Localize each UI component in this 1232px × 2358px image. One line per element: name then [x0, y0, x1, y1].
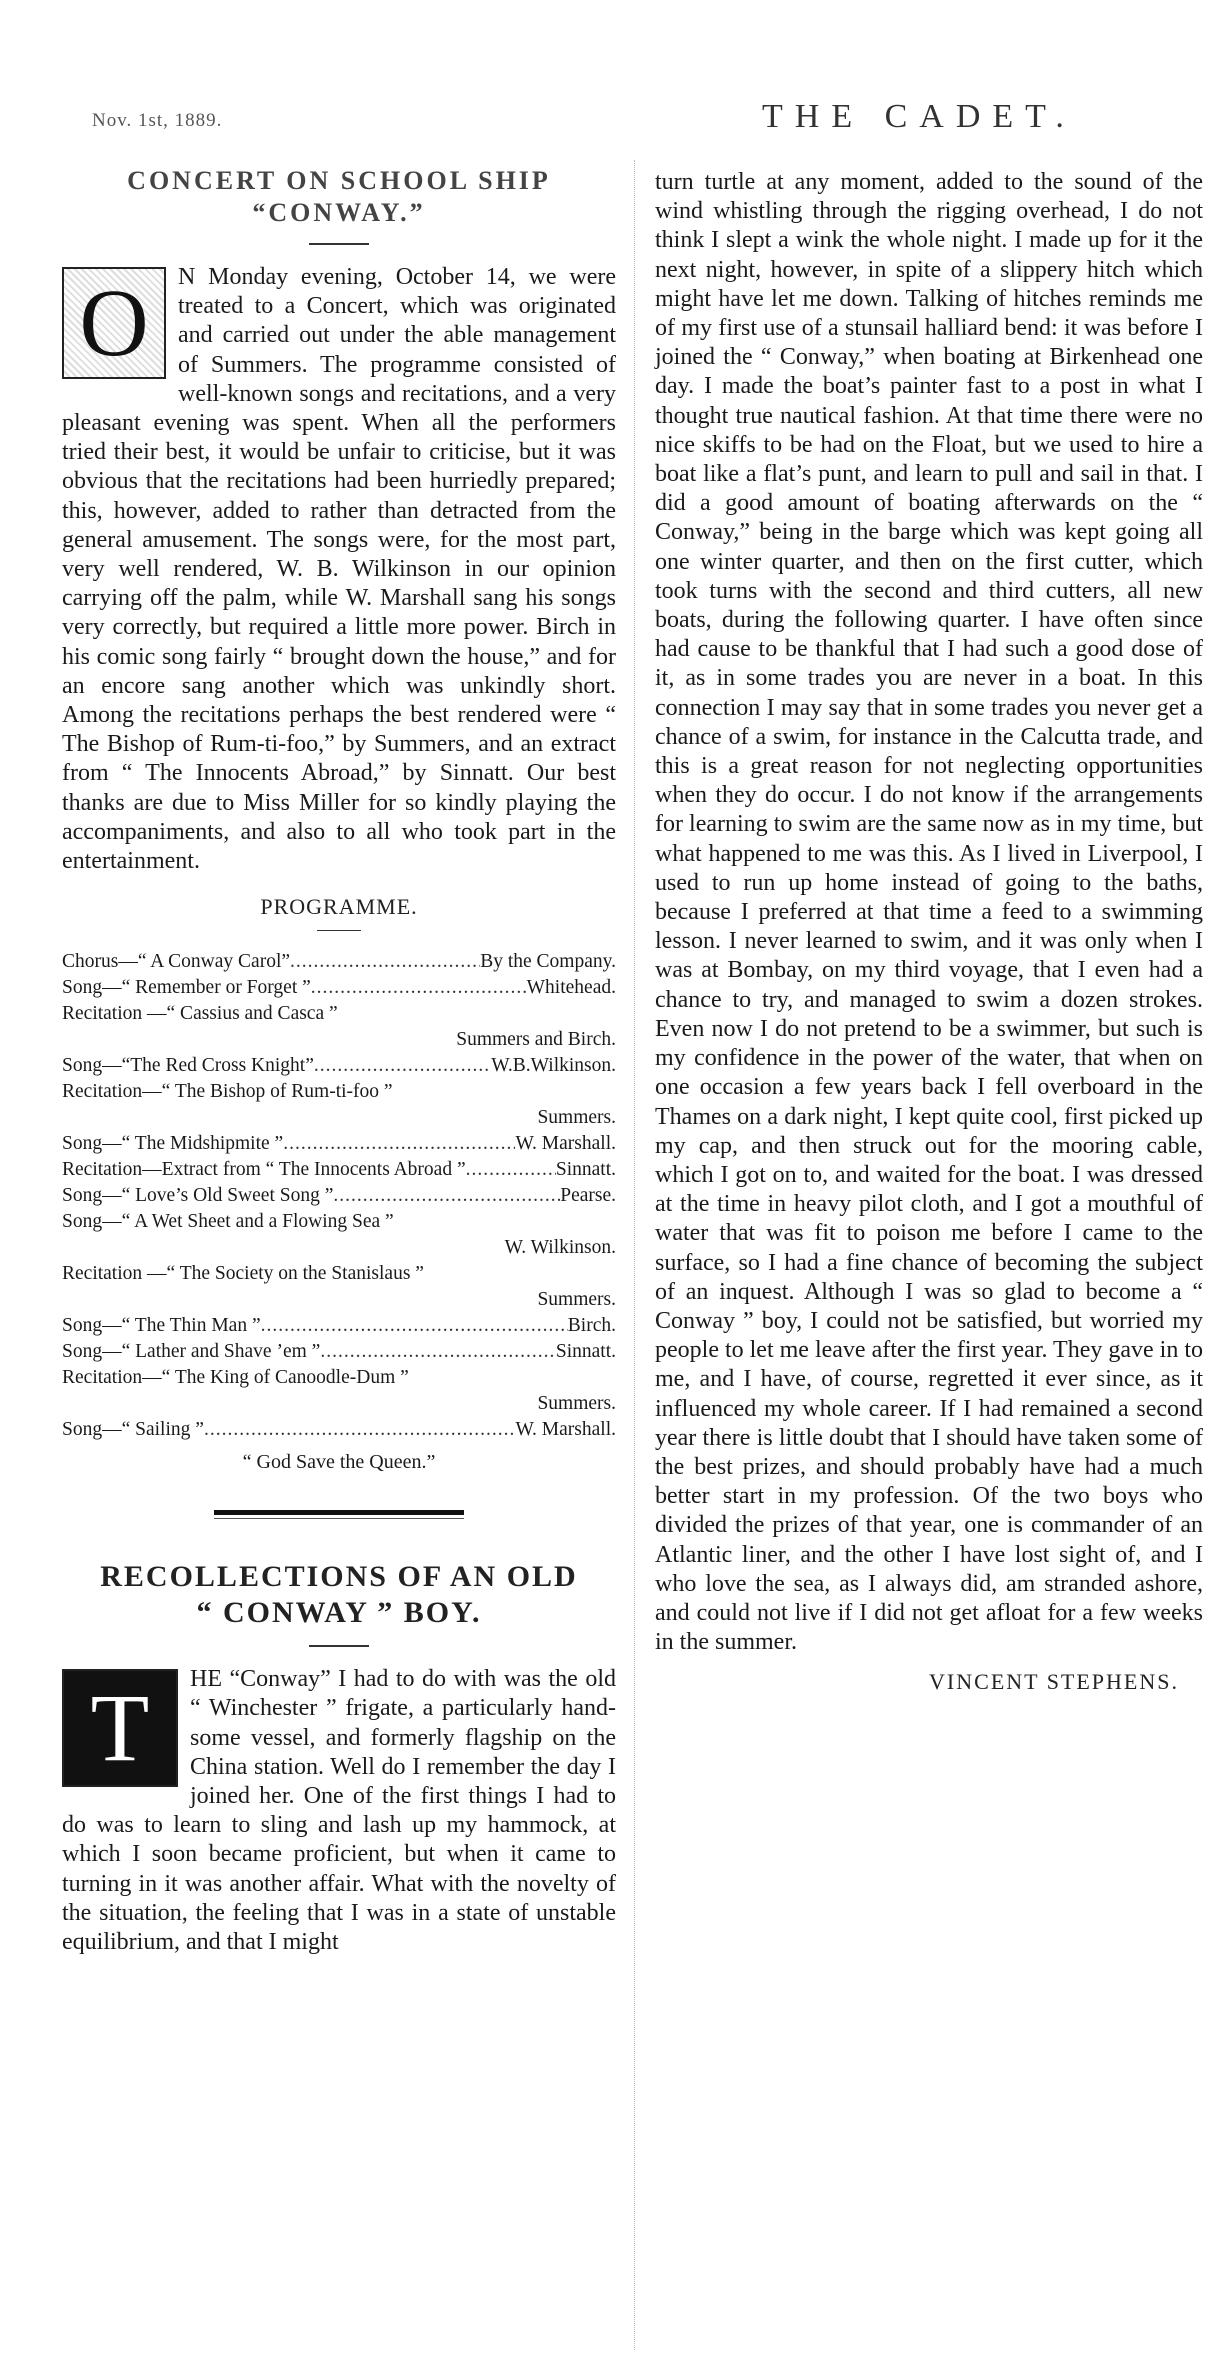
- programme-item-kind: Song—: [62, 1131, 122, 1157]
- headline-rule: [309, 1645, 369, 1647]
- programme-item-kind: Recitation —: [62, 1001, 167, 1027]
- concert-article: CONCERT ON SCHOOL SHIP “CONWAY.” O N Mon…: [62, 165, 616, 876]
- concert-headline-line2: “CONWAY.”: [252, 198, 425, 227]
- programme-item: Recitation —“ The Society on the Stanisl…: [62, 1261, 616, 1313]
- programme-item-kind: Recitation—: [62, 1365, 162, 1391]
- programme-item: Song—“ Sailing ”W. Marshall.: [62, 1417, 616, 1443]
- concert-headline: CONCERT ON SCHOOL SHIP “CONWAY.”: [62, 165, 616, 229]
- ornate-dropcap-o: O: [62, 267, 166, 379]
- programme-item-performer: Summers and Birch.: [62, 1027, 616, 1053]
- programme-closing: “ God Save the Queen.”: [62, 1451, 616, 1474]
- programme-rule: [317, 930, 361, 931]
- programme-item-kind: Chorus—: [62, 949, 138, 975]
- programme-item-kind: Song—: [62, 975, 122, 1001]
- programme-item-piece: “ The Thin Man ”: [122, 1313, 261, 1339]
- programme-item-kind: Song—: [62, 1417, 122, 1443]
- programme-item-piece: “The Red Cross Knight”: [122, 1053, 314, 1079]
- programme-item-performer: Birch.: [568, 1313, 616, 1339]
- section-separator: [214, 1510, 464, 1519]
- programme-item: Song—“ The Thin Man ”Birch.: [62, 1313, 616, 1339]
- concert-headline-line1: CONCERT ON SCHOOL SHIP: [127, 166, 551, 195]
- recollections-headline: RECOLLECTIONS OF AN OLD “ CONWAY ” BOY.: [62, 1559, 616, 1631]
- recollections-headline-line1: RECOLLECTIONS OF AN OLD: [100, 1560, 577, 1593]
- programme-item-performer: By the Company.: [480, 949, 616, 975]
- programme-item-piece: “ Sailing ”: [122, 1417, 204, 1443]
- programme-item-kind: Song—: [62, 1339, 122, 1365]
- programme-item: Recitation—“ The King of Canoodle-Dum ”S…: [62, 1365, 616, 1417]
- programme-item-performer: Sinnatt.: [556, 1157, 616, 1183]
- programme-item-kind: Recitation —: [62, 1261, 167, 1287]
- issue-date: Nov. 1st, 1889.: [92, 110, 222, 132]
- programme-item-piece: “ The Society on the Stanislaus ”: [167, 1261, 424, 1287]
- recollections-headline-line2: “ CONWAY ” BOY.: [196, 1596, 481, 1629]
- programme-list: Chorus—“ A Conway Carol” By the Company.…: [62, 949, 616, 1443]
- programme-item-performer: Sinnatt.: [556, 1339, 616, 1365]
- programme-item: Song—“The Red Cross Knight”W.B.Wilkinson…: [62, 1053, 616, 1079]
- programme-item: Song—“ A Wet Sheet and a Flowing Sea ”W.…: [62, 1209, 616, 1261]
- programme-item: Song—“ Lather and Shave ’em ”Sinnatt.: [62, 1339, 616, 1365]
- left-column: CONCERT ON SCHOOL SHIP “CONWAY.” O N Mon…: [62, 165, 616, 1957]
- dot-leader: [290, 949, 480, 975]
- dot-leader: [311, 975, 527, 1001]
- programme-item-piece: “ Love’s Old Sweet Song ”: [122, 1183, 334, 1209]
- programme-item-kind: Song—: [62, 1183, 122, 1209]
- dot-leader: [333, 1183, 560, 1209]
- programme-item-performer: W. Marshall.: [515, 1131, 616, 1157]
- programme-item-performer: W. Wilkinson.: [62, 1235, 616, 1261]
- programme-item-piece: “ A Wet Sheet and a Flowing Sea ”: [122, 1209, 394, 1235]
- dot-leader: [320, 1339, 556, 1365]
- ornate-dropcap-t: T: [62, 1669, 178, 1787]
- right-column: turn turtle at any moment, added to the …: [655, 168, 1203, 1695]
- dropcap-letter: T: [91, 1680, 150, 1776]
- recollections-paragraph-right: turn turtle at any moment, added to the …: [655, 168, 1203, 1657]
- column-divider: [634, 160, 635, 2350]
- programme-item-performer: Whitehead.: [527, 975, 616, 1001]
- programme-item: Recitation —“ Cassius and Casca ”Summers…: [62, 1001, 616, 1053]
- dot-leader: [204, 1417, 516, 1443]
- programme: PROGRAMME. Chorus—“ A Conway Carol” By t…: [62, 894, 616, 1474]
- programme-item-performer: Summers.: [62, 1287, 616, 1313]
- programme-item-piece: Extract from “ The Innocents Abroad ”: [162, 1157, 466, 1183]
- publication-title: THE CADET.: [762, 98, 1076, 136]
- dropcap-letter: O: [79, 275, 148, 371]
- programme-item-kind: Recitation—: [62, 1079, 162, 1105]
- programme-item: Song—“ The Midshipmite ”W. Marshall.: [62, 1131, 616, 1157]
- programme-item-performer: Summers.: [62, 1391, 616, 1417]
- programme-item: Chorus—“ A Conway Carol” By the Company.: [62, 949, 616, 975]
- programme-item-performer: Pearse.: [560, 1183, 616, 1209]
- dot-leader: [283, 1131, 515, 1157]
- programme-item-performer: W.B.Wilkinson.: [491, 1053, 616, 1079]
- programme-item: Recitation—“ The Bishop of Rum-ti-foo ”S…: [62, 1079, 616, 1131]
- programme-item-piece: “ The King of Canoodle-Dum ”: [162, 1365, 409, 1391]
- programme-item: Song—“ Love’s Old Sweet Song ”Pearse.: [62, 1183, 616, 1209]
- programme-item: Recitation—Extract from “ The Innocents …: [62, 1157, 616, 1183]
- recollections-article: RECOLLECTIONS OF AN OLD “ CONWAY ” BOY. …: [62, 1559, 616, 1957]
- page-header: Nov. 1st, 1889. THE CADET.: [0, 98, 1232, 138]
- programme-item-kind: Song—: [62, 1209, 122, 1235]
- programme-item-performer: Summers.: [62, 1105, 616, 1131]
- headline-rule: [309, 243, 369, 245]
- programme-title: PROGRAMME.: [62, 894, 616, 920]
- dot-leader: [314, 1053, 491, 1079]
- author-signature: VINCENT STEPHENS.: [655, 1669, 1179, 1695]
- dot-leader: [261, 1313, 568, 1339]
- programme-item-piece: “ Lather and Shave ’em ”: [122, 1339, 321, 1365]
- programme-item-piece: “ A Conway Carol”: [138, 949, 290, 975]
- programme-item-kind: Recitation—: [62, 1157, 162, 1183]
- programme-item-piece: “ Remember or Forget ”: [122, 975, 311, 1001]
- dot-leader: [466, 1157, 556, 1183]
- programme-item: Song—“ Remember or Forget ”Whitehead.: [62, 975, 616, 1001]
- programme-item-performer: W. Marshall.: [515, 1417, 616, 1443]
- programme-item-kind: Song—: [62, 1313, 122, 1339]
- programme-item-piece: “ Cassius and Casca ”: [167, 1001, 338, 1027]
- programme-item-piece: “ The Bishop of Rum-ti-foo ”: [162, 1079, 393, 1105]
- programme-item-piece: “ The Midshipmite ”: [122, 1131, 284, 1157]
- programme-item-kind: Song—: [62, 1053, 122, 1079]
